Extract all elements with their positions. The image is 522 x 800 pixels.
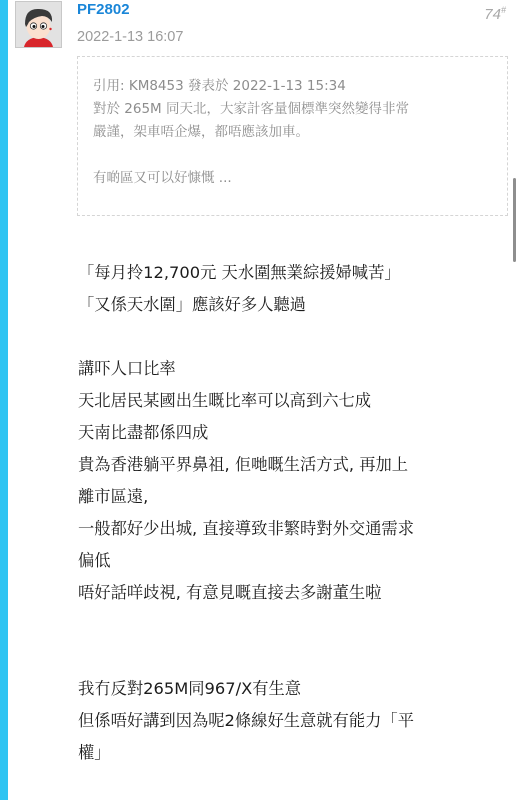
body-line: 一般都好少出城, 直接導致非繁時對外交通需求 xyxy=(78,513,518,545)
body-blank-line xyxy=(78,321,518,353)
body-line: 「每月拎12,700元 天水圍無業綜援婦喊苦」 xyxy=(78,257,518,289)
body-line: 但係唔好講到因為呢2條線好生意就有能力「平 xyxy=(78,705,518,737)
body-line: 離市區遠, xyxy=(78,481,518,513)
quoted-post: 引用: KM8453 發表於 2022-1-13 15:34 對於 265M 同… xyxy=(77,56,508,216)
post-accent-bar xyxy=(0,0,8,800)
body-blank-line xyxy=(78,641,518,673)
post-timestamp: 2022-1-13 16:07 xyxy=(77,29,183,45)
body-line: 天南比盡都係四成 xyxy=(78,417,518,449)
quote-header: 引用: KM8453 發表於 2022-1-13 15:34 xyxy=(93,75,497,98)
quote-blank-line xyxy=(93,144,497,167)
username-link[interactable]: PF2802 xyxy=(77,1,130,18)
body-line: 天北居民某國出生嘅比率可以高到六七成 xyxy=(78,385,518,417)
floor-number-value: 74 xyxy=(484,6,501,23)
cartoon-avatar-icon xyxy=(16,2,61,47)
body-line: 「又係天水圍」應該好多人聽過 xyxy=(78,289,518,321)
post-body: 「每月拎12,700元 天水圍無業綜援婦喊苦」 「又係天水圍」應該好多人聽過 講… xyxy=(78,257,518,769)
body-line: 唔好話咩歧視, 有意見嘅直接去多謝董生啦 xyxy=(78,577,518,609)
body-line: 我冇反對265M同967/X有生意 xyxy=(78,673,518,705)
body-line: 權」 xyxy=(78,737,518,769)
quote-line: 有啲區又可以好慷慨 ... xyxy=(93,167,497,190)
user-avatar[interactable] xyxy=(15,1,62,48)
quote-line: 對於 265M 同天北，大家計客量個標準突然變得非常 xyxy=(93,98,497,121)
quote-line: 嚴謹，架車唔企爆，都唔應該加車。 xyxy=(93,121,497,144)
scrollbar-thumb[interactable] xyxy=(513,178,516,262)
floor-number[interactable]: 74# xyxy=(484,5,506,23)
body-line: 貴為香港躺平界鼻祖, 佢哋嘅生活方式, 再加上 xyxy=(78,449,518,481)
body-line: 偏低 xyxy=(78,545,518,577)
floor-hash-symbol: # xyxy=(501,5,506,15)
body-blank-line xyxy=(78,609,518,641)
body-line: 講吓人口比率 xyxy=(78,353,518,385)
